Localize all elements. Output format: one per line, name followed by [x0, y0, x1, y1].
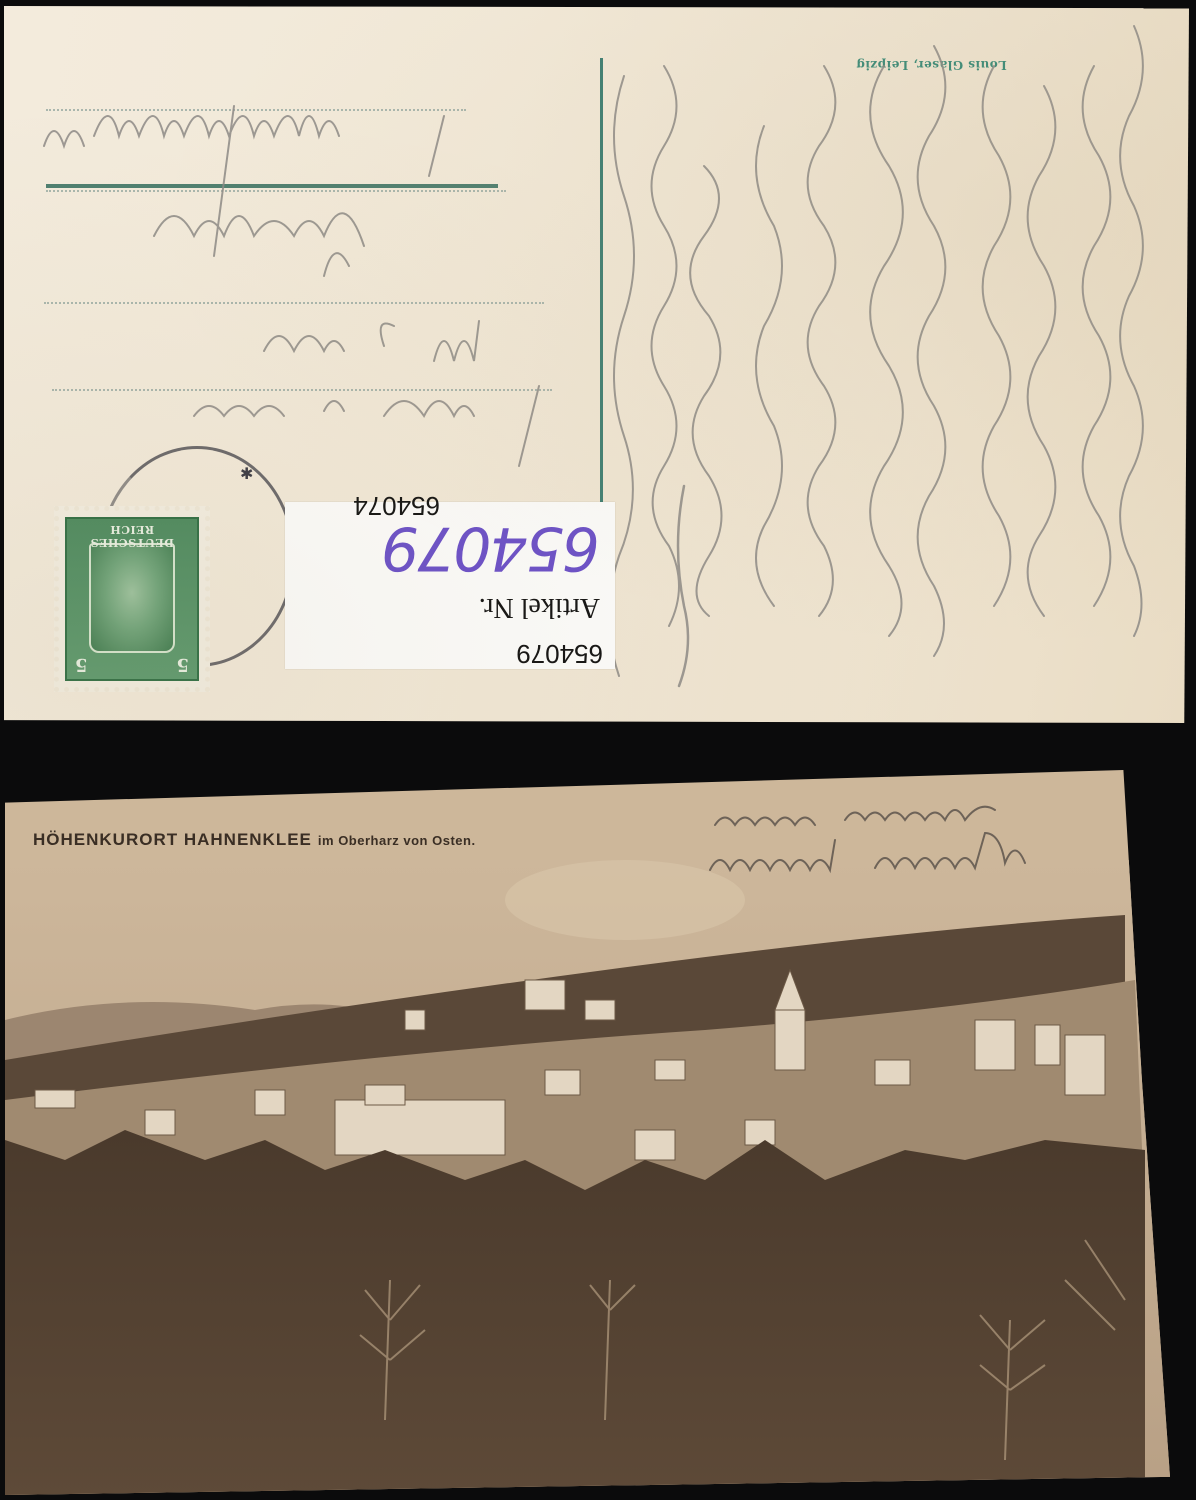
divider-line	[600, 58, 603, 506]
article-label: Artikel Nr.	[479, 591, 600, 623]
address-line	[46, 190, 506, 192]
article-number-partial: 654074	[353, 490, 440, 521]
article-number-printed: 654079	[516, 638, 603, 669]
address-line	[46, 109, 466, 111]
front-handwritten-note	[705, 790, 1085, 890]
article-number-handwritten: 654079	[383, 513, 600, 583]
article-number-sticker: 654079 Artikel Nr. 654079 654074	[285, 502, 615, 669]
address-line	[52, 389, 552, 391]
publisher-imprint: Louis Glaser, Leipzig	[856, 58, 1007, 72]
stamp-value: 5	[176, 654, 189, 675]
germania-portrait-icon	[89, 543, 175, 653]
postmark-star-icon: ✱	[240, 464, 253, 484]
postcard-back: Louis Glaser, Leipzig ✱	[4, 6, 1189, 723]
postcard-caption: HÖHENKURORT HAHNENKLEEim Oberharz von Os…	[33, 830, 476, 850]
village-panorama-photo	[5, 860, 1170, 1495]
stamp-country: DEUTSCHES REICH	[67, 523, 197, 549]
caption-title: HÖHENKURORT HAHNENKLEE	[33, 830, 312, 849]
caption-subtitle: im Oberharz von Osten.	[318, 833, 476, 848]
address-line	[44, 302, 544, 304]
address-rule	[46, 184, 498, 188]
postcard-front: HÖHENKURORT HAHNENKLEEim Oberharz von Os…	[5, 770, 1170, 1495]
stamp-value: 5	[75, 654, 88, 675]
postage-stamp: 5 5 DEUTSCHES REICH	[54, 506, 210, 692]
